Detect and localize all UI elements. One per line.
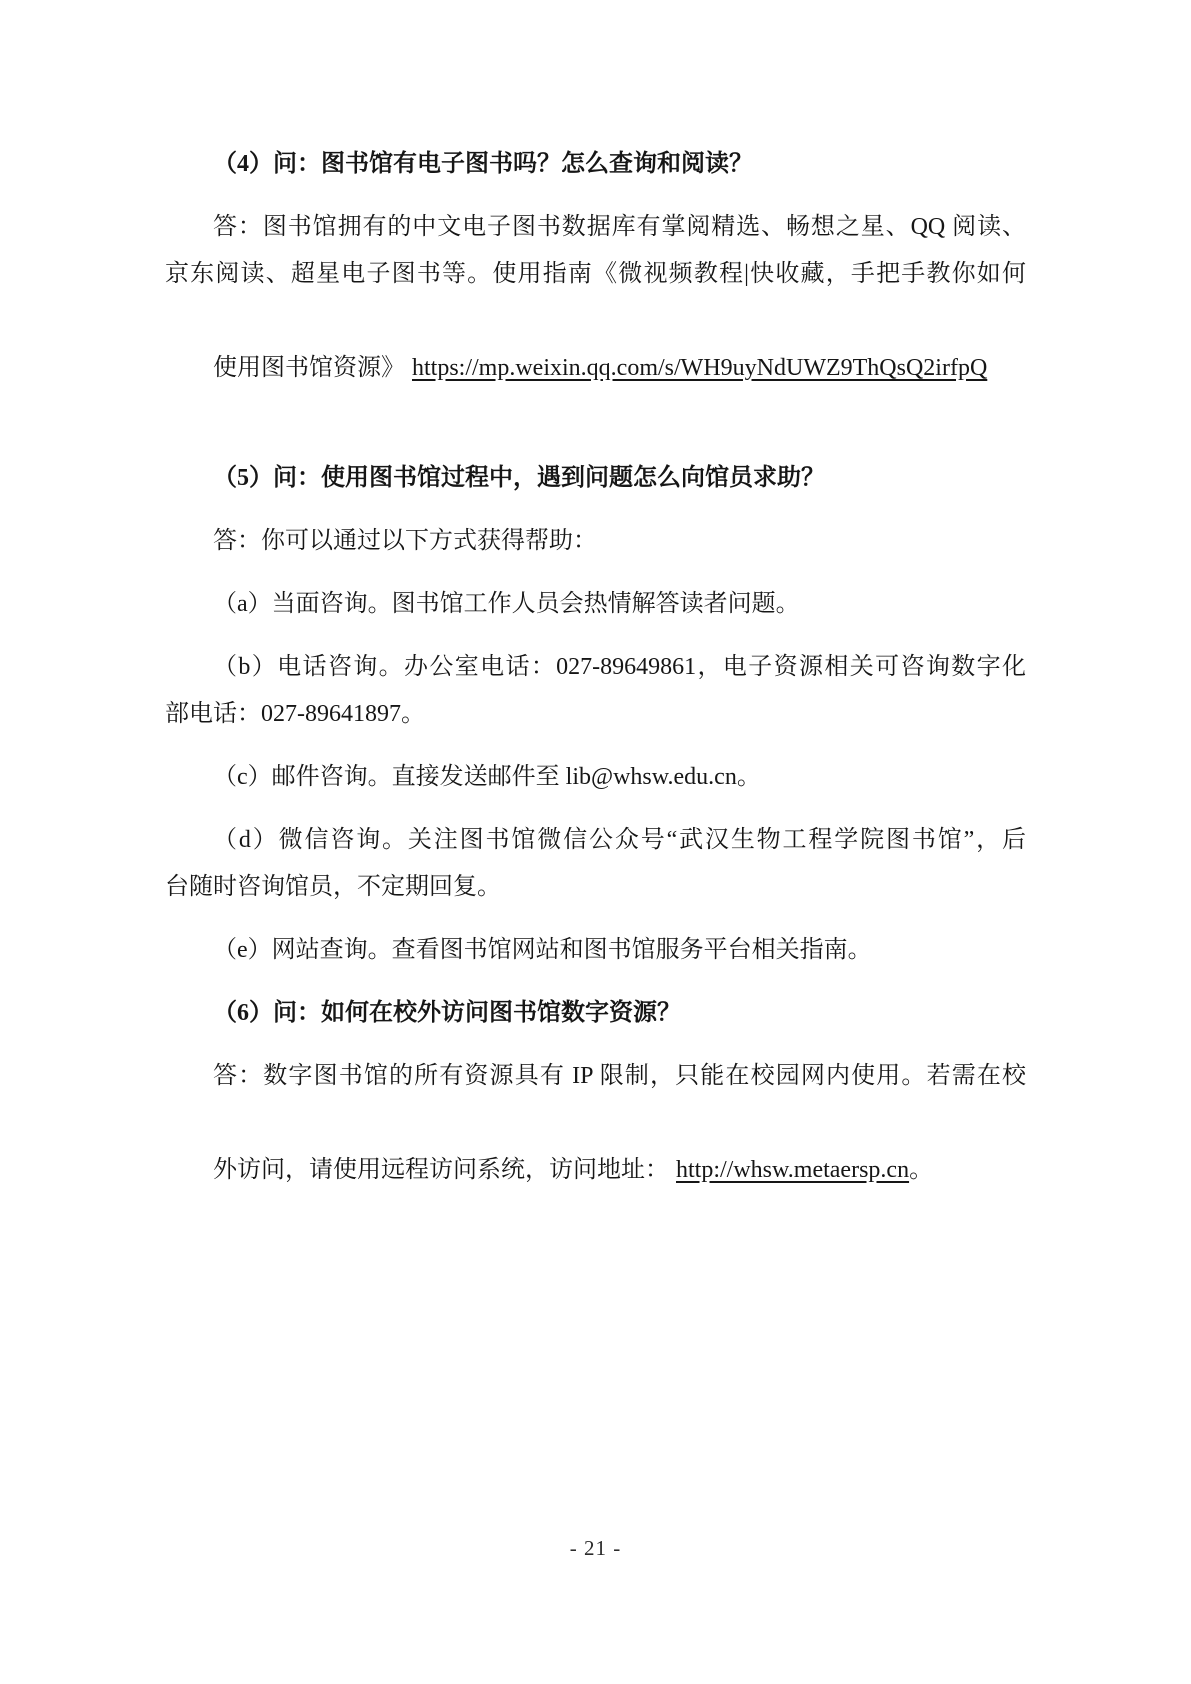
faq-question-5: （5）问：使用图书馆过程中，遇到问题怎么向馆员求助？ bbox=[165, 455, 1026, 502]
remote-access-url-link[interactable]: http://whsw.metaersp.cn bbox=[676, 1157, 909, 1183]
page-number: - 21 - bbox=[570, 1536, 622, 1560]
faq-answer-4: 答：图书馆拥有的中文电子图书数据库有掌阅精选、畅想之星、QQ 阅读、 京东阅读、… bbox=[165, 204, 1026, 439]
q5-item-a-line-1: （a）当面咨询。图书馆工作人员会热情解答读者问题。 bbox=[165, 581, 1026, 628]
q5-answer-intro: 答：你可以通过以下方式获得帮助： bbox=[165, 518, 1026, 565]
document-page: （4）问：图书馆有电子图书吗？怎么查询和阅读？ 答：图书馆拥有的中文电子图书数据… bbox=[0, 0, 1191, 1684]
question-6-heading: （6）问：如何在校外访问图书馆数字资源？ bbox=[165, 990, 1026, 1037]
q5-item-d-line-2: 台随时咨询馆员，不定期回复。 bbox=[165, 864, 1026, 911]
faq-answer-5-item-d: （d）微信咨询。关注图书馆微信公众号“武汉生物工程学院图书馆”，后 台随时咨询馆… bbox=[165, 817, 1026, 911]
faq-answer-5-item-e: （e）网站查询。查看图书馆网站和图书馆服务平台相关指南。 bbox=[165, 927, 1026, 974]
question-5-heading: （5）问：使用图书馆过程中，遇到问题怎么向馆员求助？ bbox=[165, 455, 1026, 502]
q5-item-e-line-1: （e）网站查询。查看图书馆网站和图书馆服务平台相关指南。 bbox=[165, 927, 1026, 974]
q6-answer-line-2-text: 外访问，请使用远程访问系统，访问地址： bbox=[213, 1157, 669, 1183]
faq-content: （4）问：图书馆有电子图书吗？怎么查询和阅读？ 答：图书馆拥有的中文电子图书数据… bbox=[165, 141, 1026, 1257]
q4-answer-line-2: 京东阅读、超星电子图书等。使用指南《微视频教程|快收藏，手把手教你如何 bbox=[165, 251, 1026, 298]
faq-question-6: （6）问：如何在校外访问图书馆数字资源？ bbox=[165, 990, 1026, 1037]
q5-item-b-line-1: （b）电话咨询。办公室电话：027-89649861，电子资源相关可咨询数字化 bbox=[165, 644, 1026, 691]
faq-answer-6: 答：数字图书馆的所有资源具有 IP 限制，只能在校园网内使用。若需在校 外访问，… bbox=[165, 1053, 1026, 1241]
q4-answer-line-3-text: 使用图书馆资源》 bbox=[213, 355, 405, 381]
faq-question-4: （4）问：图书馆有电子图书吗？怎么查询和阅读？ bbox=[165, 141, 1026, 188]
question-4-heading: （4）问：图书馆有电子图书吗？怎么查询和阅读？ bbox=[165, 141, 1026, 188]
faq-answer-5-item-c: （c）邮件咨询。直接发送邮件至 lib@whsw.edu.cn。 bbox=[165, 754, 1026, 801]
q5-item-b-line-2: 部电话：027-89641897。 bbox=[165, 691, 1026, 738]
page-footer: - 21 - bbox=[0, 1536, 1191, 1561]
q4-answer-line-3: 使用图书馆资源》https://mp.weixin.qq.com/s/WH9uy… bbox=[165, 298, 1026, 439]
q6-answer-line-2-period: 。 bbox=[909, 1157, 933, 1183]
q6-answer-line-2: 外访问，请使用远程访问系统，访问地址：http://whsw.metaersp.… bbox=[165, 1100, 1026, 1241]
wechat-tutorial-url-link[interactable]: https://mp.weixin.qq.com/s/WH9uyNdUWZ9Th… bbox=[412, 355, 987, 381]
q5-item-c-line-1: （c）邮件咨询。直接发送邮件至 lib@whsw.edu.cn。 bbox=[165, 754, 1026, 801]
faq-answer-5-item-b: （b）电话咨询。办公室电话：027-89649861，电子资源相关可咨询数字化 … bbox=[165, 644, 1026, 738]
q4-answer-line-1: 答：图书馆拥有的中文电子图书数据库有掌阅精选、畅想之星、QQ 阅读、 bbox=[165, 204, 1026, 251]
faq-answer-5-item-a: （a）当面咨询。图书馆工作人员会热情解答读者问题。 bbox=[165, 581, 1026, 628]
faq-answer-5-intro: 答：你可以通过以下方式获得帮助： bbox=[165, 518, 1026, 565]
q5-item-d-line-1: （d）微信咨询。关注图书馆微信公众号“武汉生物工程学院图书馆”，后 bbox=[165, 817, 1026, 864]
q6-answer-line-1: 答：数字图书馆的所有资源具有 IP 限制，只能在校园网内使用。若需在校 bbox=[165, 1053, 1026, 1100]
